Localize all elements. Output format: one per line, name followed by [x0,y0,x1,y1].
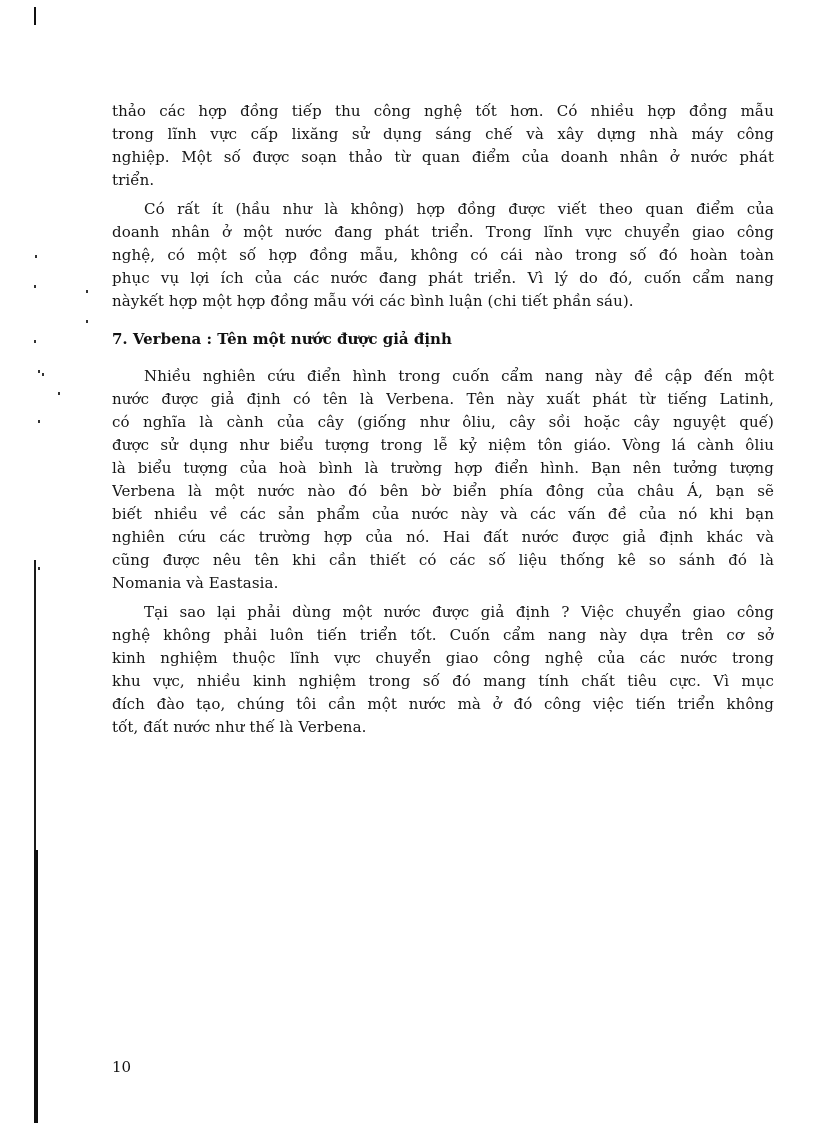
text-line: biết nhiều về các sản phẩm của nước này … [112,503,774,526]
text-line: nước được giả định có tên là Verbena. Tê… [112,388,774,411]
scan-speck [42,373,44,376]
text-line: nàykết hợp một hợp đồng mẫu với các bình… [112,290,774,313]
scan-artifact-line [34,7,36,25]
scan-speck [38,420,40,423]
scan-artifact-binding-edge-thick [34,850,38,1123]
text-line: nghiệp. Một số được soạn thảo từ quan đi… [112,146,774,169]
paragraph-continuation: thảo các hợp đồng tiếp thu công nghệ tốt… [112,100,774,192]
text-line: đích đào tạo, chúng tôi cần một nước mà … [112,693,774,716]
text-line: doanh nhân ở một nước đang phát triển. T… [112,221,774,244]
text-line: khu vực, nhiều kinh nghiệm trong số đó m… [112,670,774,693]
section-heading: 7. Verbena : Tên một nước được giả định [112,330,452,348]
paragraph: Tại sao lại phải dùng một nước được giả … [112,601,774,739]
paragraph-block-bottom: Nhiều nghiên cứu điển hình trong cuốn cẩ… [112,365,774,739]
scan-speck [35,255,37,258]
text-line: triển. [112,169,774,192]
text-line: nghệ, có một số hợp đồng mẫu, không có c… [112,244,774,267]
text-line: Nomania và Eastasia. [112,572,774,595]
page-number: 10 [112,1058,131,1076]
scan-speck [86,320,88,323]
scan-speck [34,340,36,343]
scan-speck [86,290,88,293]
scan-speck [34,285,36,288]
text-line: nghiên cứu các trường hợp của nó. Hai đấ… [112,526,774,549]
text-line: tốt, đất nước như thế là Verbena. [112,716,774,739]
paragraph: Nhiều nghiên cứu điển hình trong cuốn cẩ… [112,365,774,595]
paragraph: Có rất ít (hầu như là không) hợp đồng đư… [112,198,774,313]
scan-speck [38,370,40,373]
text-line: cũng được nêu tên khi cần thiết có các s… [112,549,774,572]
text-line: là biểu tượng của hoà bình là trường hợp… [112,457,774,480]
text-line: trong lĩnh vực cấp lixăng sử dụng sáng c… [112,123,774,146]
scan-speck [58,392,60,395]
text-line: thảo các hợp đồng tiếp thu công nghệ tốt… [112,100,774,123]
paragraph-block-top: thảo các hợp đồng tiếp thu công nghệ tốt… [112,100,774,313]
text-line: Tại sao lại phải dùng một nước được giả … [112,601,774,624]
text-line: phục vụ lợi ích của các nước đang phát t… [112,267,774,290]
text-line: có nghĩa là cành của cây (giống như ôliu… [112,411,774,434]
text-line: Có rất ít (hầu như là không) hợp đồng đư… [112,198,774,221]
text-line: nghệ không phải luôn tiến triển tốt. Cuố… [112,624,774,647]
text-line: kinh nghiệm thuộc lĩnh vực chuyển giao c… [112,647,774,670]
scan-speck [38,567,40,570]
text-line: Verbena là một nước nào đó bên bờ biển p… [112,480,774,503]
text-line: Nhiều nghiên cứu điển hình trong cuốn cẩ… [112,365,774,388]
text-line: được sử dụng như biểu tượng trong lễ kỷ … [112,434,774,457]
scanned-page: thảo các hợp đồng tiếp thu công nghệ tốt… [0,0,816,1123]
